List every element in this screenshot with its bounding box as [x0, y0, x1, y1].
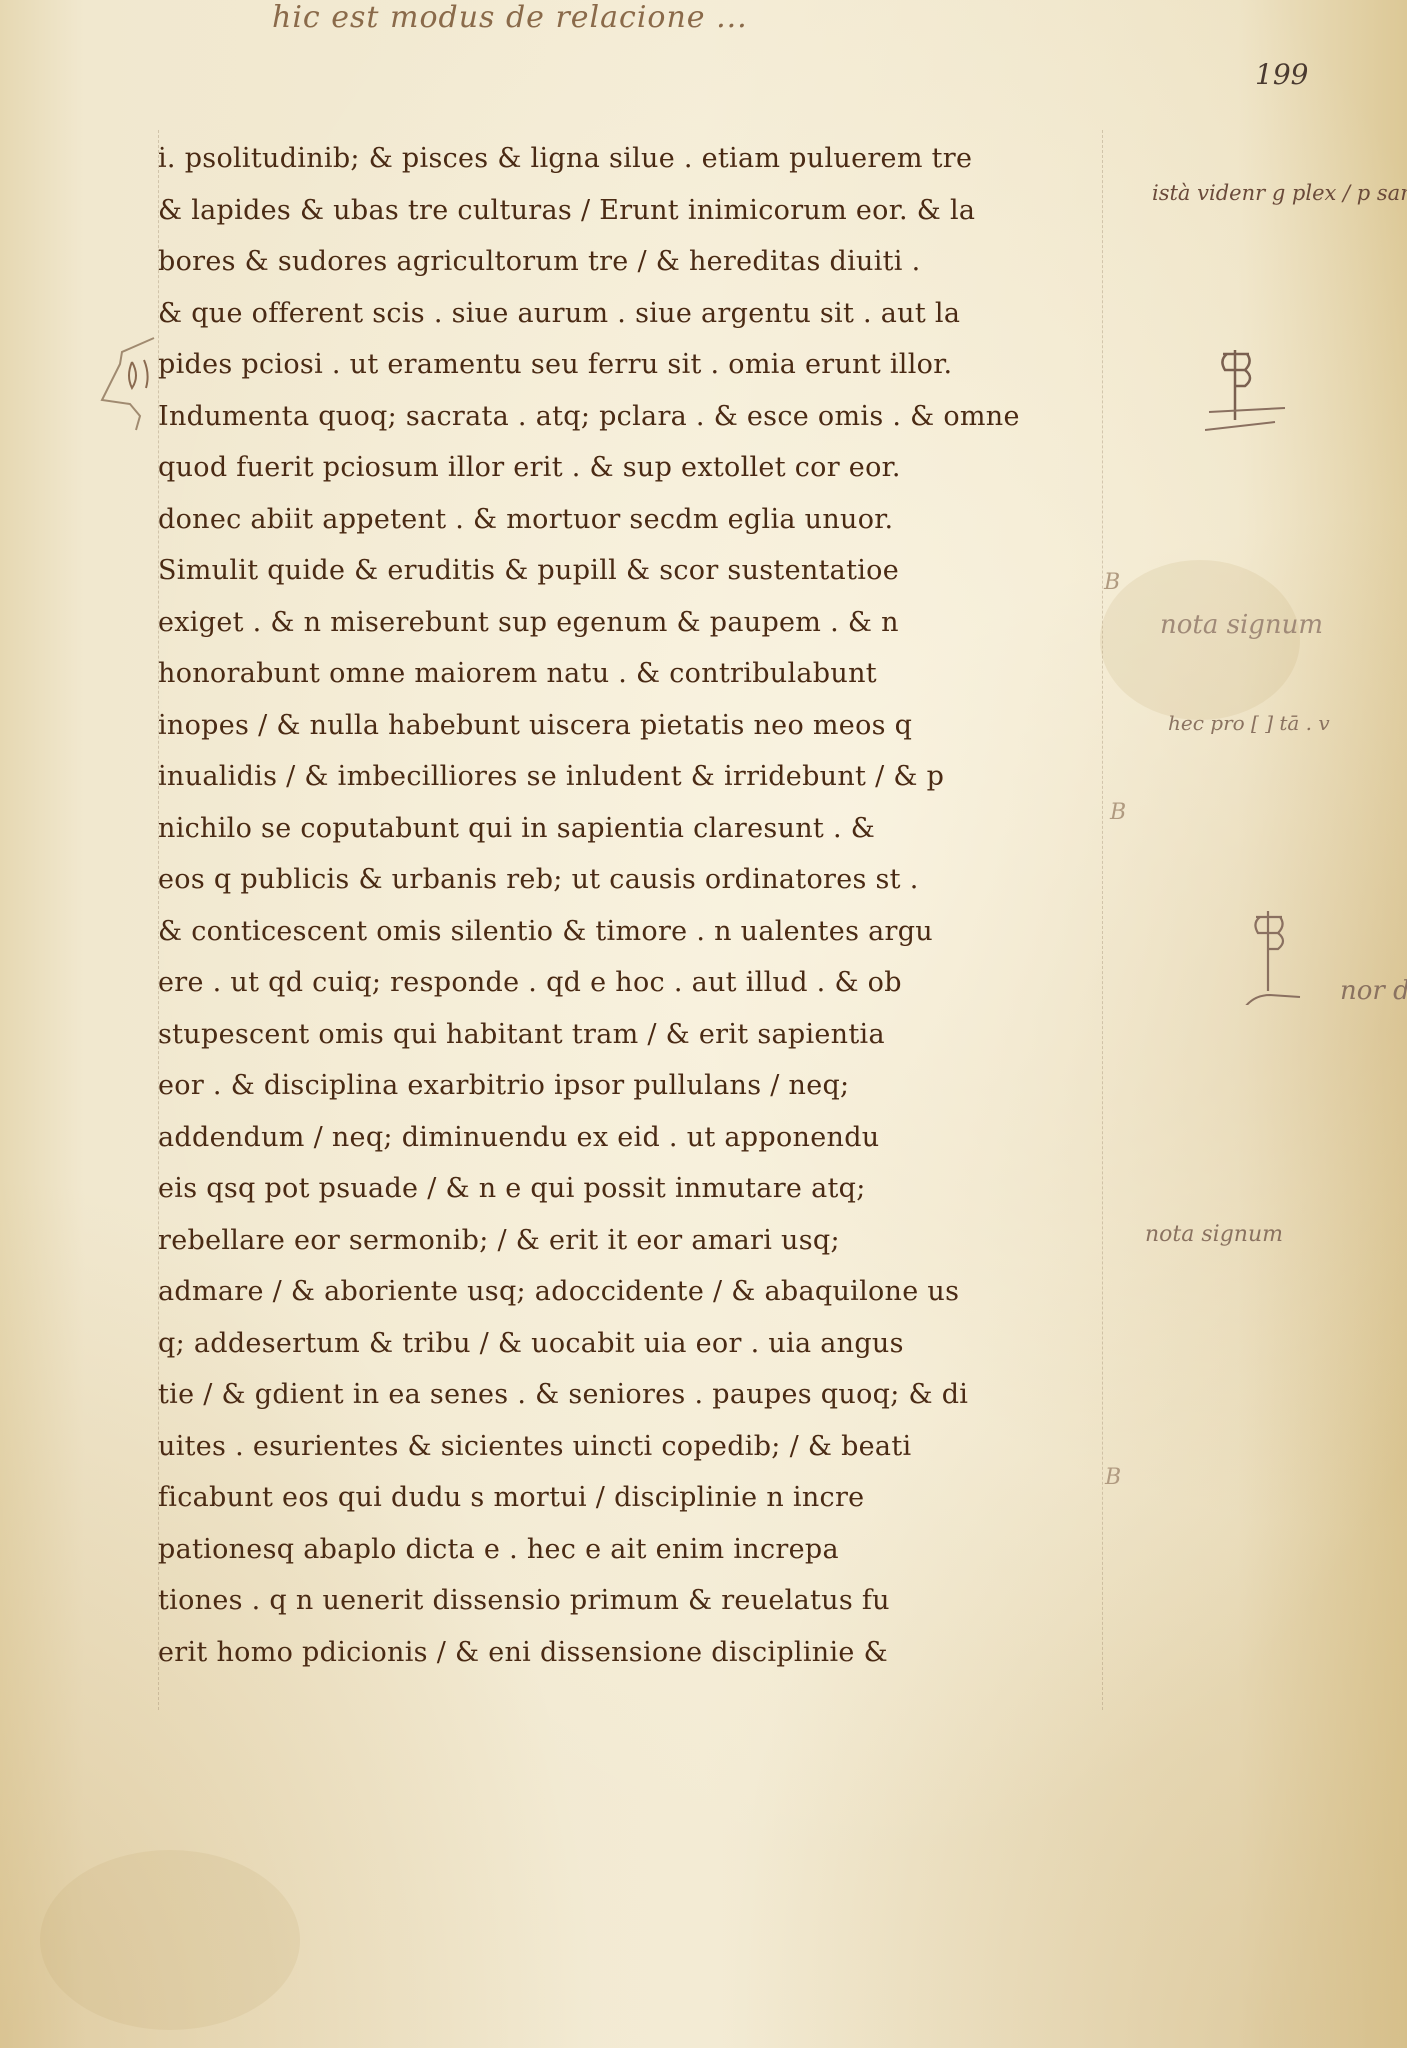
text-line: pationesq abaplo dicta e . hec e ait eni…	[158, 1524, 1148, 1576]
marginal-note: nota signum	[1145, 1222, 1283, 1248]
line-marker: B	[1105, 1465, 1121, 1491]
text-line: erit homo pdicionis / & eni dissensione …	[158, 1627, 1148, 1679]
text-line: quod fuerit pciosum illor erit . & sup e…	[158, 442, 1148, 494]
text-line: rebellare eor sermonib; / & erit it eor …	[158, 1215, 1148, 1267]
line-marker: B	[1110, 800, 1126, 826]
marginal-note: hec pro [ ] tā . v	[1168, 710, 1330, 736]
marginal-note: nota signum	[1160, 612, 1323, 638]
text-line: inopes / & nulla habebunt uiscera pietat…	[158, 700, 1148, 752]
text-line: inualidis / & imbecilliores se inludent …	[158, 751, 1148, 803]
text-line: uites . esurientes & sicientes uincti co…	[158, 1421, 1148, 1473]
marginal-note: nor de insani / homni & may / ure sapien…	[1340, 978, 1407, 1004]
text-line: eor . & disciplina exarbitrio ipsor pull…	[158, 1060, 1148, 1112]
line-marker: B	[1104, 570, 1120, 596]
text-line: pides pciosi . ut eramentu seu ferru sit…	[158, 339, 1148, 391]
text-line: Indumenta quoq; sacrata . atq; pclara . …	[158, 391, 1148, 443]
text-line: bores & sudores agricultorum tre / & her…	[158, 236, 1148, 288]
running-head: hic est modus de relacione ...	[272, 0, 748, 35]
text-line: stupescent omis qui habitant tram / & er…	[158, 1009, 1148, 1061]
marginal-note: istà videnr g plex / p sanctos i intus /…	[1152, 180, 1407, 206]
text-line: donec abiit appetent . & mortuor secdm e…	[158, 494, 1148, 546]
text-line: i. psolitudinib; & pisces & ligna silue …	[158, 133, 1148, 185]
text-line: admare / & aboriente usq; adoccidente / …	[158, 1266, 1148, 1318]
text-line: tiones . q n uenerit dissensio primum & …	[158, 1575, 1148, 1627]
text-line: exiget . & n miserebunt sup egenum & pau…	[158, 597, 1148, 649]
folio-number: 199	[1255, 58, 1308, 91]
text-line: & lapides & ubas tre culturas / Erunt in…	[158, 185, 1148, 237]
nota-sign-icon	[1205, 340, 1285, 440]
main-text-block: i. psolitudinib; & pisces & ligna silue …	[158, 133, 1148, 1678]
text-line: eos q publicis & urbanis reb; ut causis …	[158, 854, 1148, 906]
text-line: ficabunt eos qui dudu s mortui / discipl…	[158, 1472, 1148, 1524]
text-line: Simulit quide & eruditis & pupill & scor…	[158, 545, 1148, 597]
text-line: ere . ut qd cuiq; responde . qd e hoc . …	[158, 957, 1148, 1009]
text-line: eis qsq pot psuade / & n e qui possit in…	[158, 1163, 1148, 1215]
text-line: addendum / neq; diminuendu ex eid . ut a…	[158, 1112, 1148, 1164]
text-line: nichilo se coputabunt qui in sapientia c…	[158, 803, 1148, 855]
parchment-stain	[40, 1850, 300, 2030]
text-line: & que offerent scis . siue aurum . siue …	[158, 288, 1148, 340]
text-line: q; addesertum & tribu / & uocabit uia eo…	[158, 1318, 1148, 1370]
manuscript-folio: hic est modus de relacione ... 199 i. ps…	[0, 0, 1407, 2048]
text-line: tie / & gdient in ea senes . & seniores …	[158, 1369, 1148, 1421]
text-line: honorabunt omne maiorem natu . & contrib…	[158, 648, 1148, 700]
nota-sign-icon	[1240, 905, 1320, 1005]
text-line: & conticescent omis silentio & timore . …	[158, 906, 1148, 958]
